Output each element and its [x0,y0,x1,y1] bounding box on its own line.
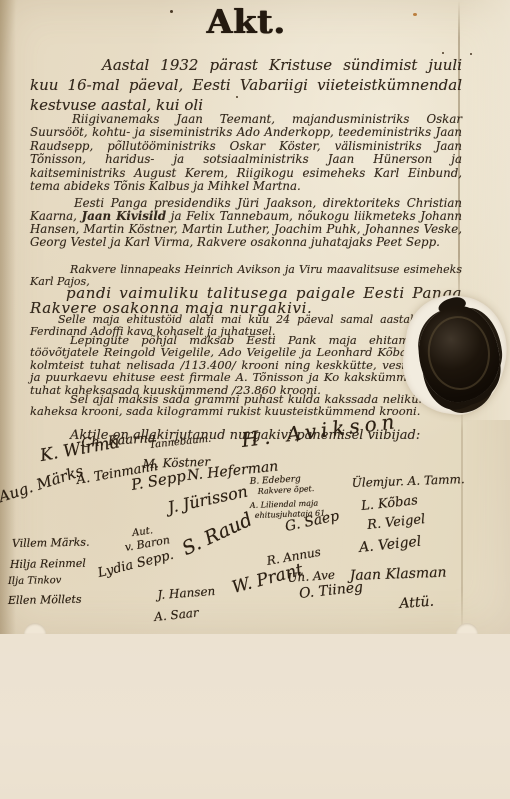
signature: Jaan Klasman [349,565,446,584]
speck [442,52,444,54]
signature: L. Kõbas [360,493,418,514]
signature: Villem Märks. [12,536,90,550]
blank-mount-area [0,634,510,799]
signature: Ellen Möllets [8,593,82,607]
signature: J. Hansen [157,584,216,602]
signature: A. Saar [154,605,200,624]
signature: Ilja Tinkov [8,575,62,587]
photograph-mount: Akt. Aastal 1932 pärast Kristuse sündimi… [0,0,510,799]
signature: Hilja Reinmel [10,557,86,571]
signature: S. Raud [179,508,256,560]
signature: Lydia Sepp. [96,548,175,581]
speck [236,96,238,98]
paragraph-cornerstone: pandi vaimuliku talitusega paigale Eesti… [30,286,462,316]
signature: R. Veigel [366,512,426,533]
document-photo: Akt. Aastal 1932 pärast Kristuse sündimi… [0,0,510,634]
paragraph-opening: Aastal 1932 pärast Kristuse sündimist ju… [30,55,462,115]
speck [470,53,472,55]
speck [170,10,173,13]
speck [413,13,417,16]
paragraph-contracts: Lepingute põhjal maksab Eesti Pank maja … [30,334,462,397]
signature: Attü. [399,594,435,612]
signature: Rakvere õpet. [258,484,315,496]
signature: A. Veigel [358,534,422,556]
signature: Ülemjur. A. Tamm. [352,472,465,490]
document-title: Akt. [30,4,462,40]
paragraph-bank-officials: Eesti Panga presidendiks Jüri Jaakson, d… [30,197,462,250]
bank-bold-name: Jaan Kivisild [82,209,166,223]
wax-seal-ring [424,313,493,393]
paragraph-government: Riigivanemaks Jaan Teemant, majandusmini… [30,113,462,194]
